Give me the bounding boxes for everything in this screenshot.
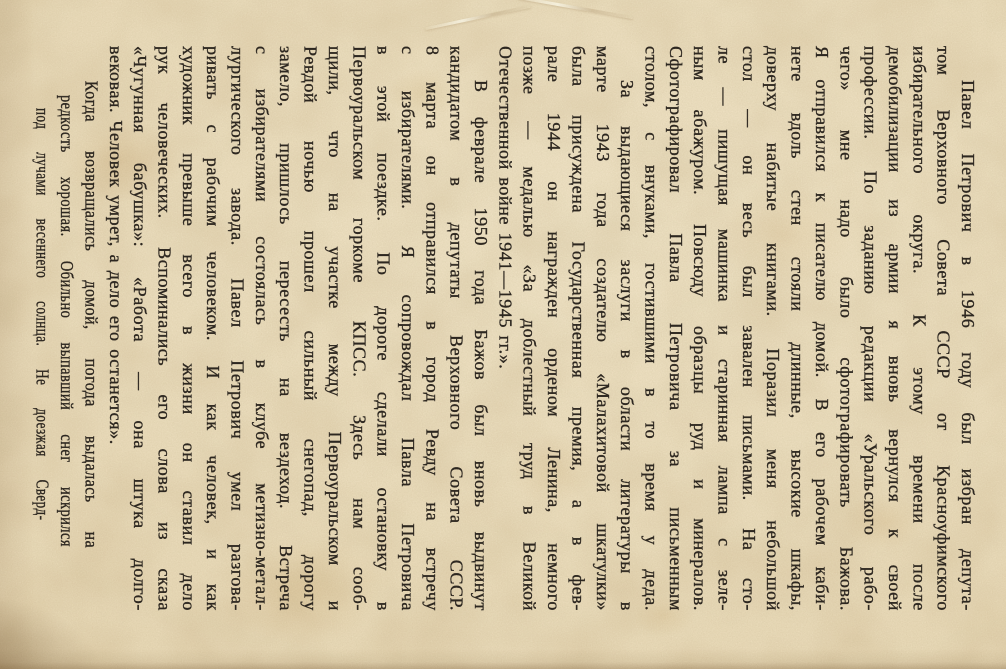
text-line: замело, пришлось пересесть на вездеход. … [273, 46, 298, 611]
text-line: марте 1943 года создателю «Малахитовой ш… [590, 46, 615, 611]
text-line: щили, что на участке между Первоуральско… [322, 46, 347, 611]
text-line: За выдающиеся заслуги в области литерату… [614, 46, 639, 611]
text-line: избирательного округа. К этому времени п… [906, 46, 931, 611]
text-line: ным абажуром. Повсюду образцы руд и мине… [687, 46, 712, 611]
text-line: Сфотографировал Павла Петровича за письм… [663, 46, 688, 611]
text-line: в этой поездке. По дороге сделали остано… [371, 46, 396, 611]
text-block: Павел Петрович в 1946 году был избран де… [0, 0, 1006, 669]
text-line: ривать с рабочим человеком. И как челове… [200, 46, 225, 611]
text-line: под лучами весеннего солнца. Не доезжая … [30, 108, 55, 520]
text-line: рук человеческих. Вспоминались его слова… [151, 46, 176, 611]
text-line: вековая. Человек умрет, а дело его остан… [103, 46, 128, 611]
text-line: стол — он весь был завален письмами. На … [736, 46, 761, 611]
text-line: ле — пишущая машинка и старинная лампа с… [712, 46, 737, 611]
text-line: чего» мне надо было сфотографировать Баж… [833, 46, 858, 611]
text-line: Я отправился к писателю домой. В его раб… [809, 46, 834, 611]
text-line: нете вдоль стен стояли длинные, высокие … [785, 46, 810, 611]
text-line: Ревдой ночью прошел сильный снегопад, до… [298, 46, 323, 611]
text-line: профессии. По заданию редакции «Уральско… [858, 46, 883, 611]
text-line: том Верховного Совета СССР от Красноуфим… [931, 46, 956, 611]
text-line: с избирателями. Я сопровождал Павла Петр… [395, 46, 420, 611]
text-line: лургического завода. Павел Петрович умел… [225, 46, 250, 611]
text-line: Павел Петрович в 1946 году был избран де… [955, 46, 980, 611]
text-line: позже — медалью «За доблестный труд в Ве… [517, 46, 542, 611]
text-line: 8 марта он отправился в город Ревду на в… [419, 46, 444, 611]
text-line: столом, с внуками, гостившими в то время… [638, 46, 663, 611]
text-line: Первоуральском горкоме КПСС. Здесь нам с… [346, 46, 371, 611]
text-line: кандидатом в депутаты Верховного Совета … [444, 46, 469, 611]
text-line: «Чугунная бабушка»: «Работа — она штука … [127, 46, 152, 611]
text-line: с избирателями состоялась в клубе метизн… [249, 46, 274, 611]
text-line: Отечественной войне 1941—1945 гг.». [492, 46, 517, 611]
text-line: редкость хорошая. Обильно выпавший снег … [54, 95, 79, 547]
text-line: В феврале 1950 года Бажов был вновь выдв… [468, 46, 493, 611]
text-line: Когда возвращались домой, погода выдалас… [78, 51, 103, 548]
scanned-page: Павел Петрович в 1946 году был избран де… [0, 0, 1006, 669]
text-line: доверху набитые книгами. Поразил меня не… [760, 46, 785, 611]
text-line: была присуждена Государственная премия, … [565, 46, 590, 611]
text-line: демобилизации из армии я вновь вернулся … [882, 46, 907, 611]
text-line: рале 1944 он награжден орденом Ленина, н… [541, 46, 566, 611]
text-line: художник превыше всего в жизни он ставил… [176, 46, 201, 611]
